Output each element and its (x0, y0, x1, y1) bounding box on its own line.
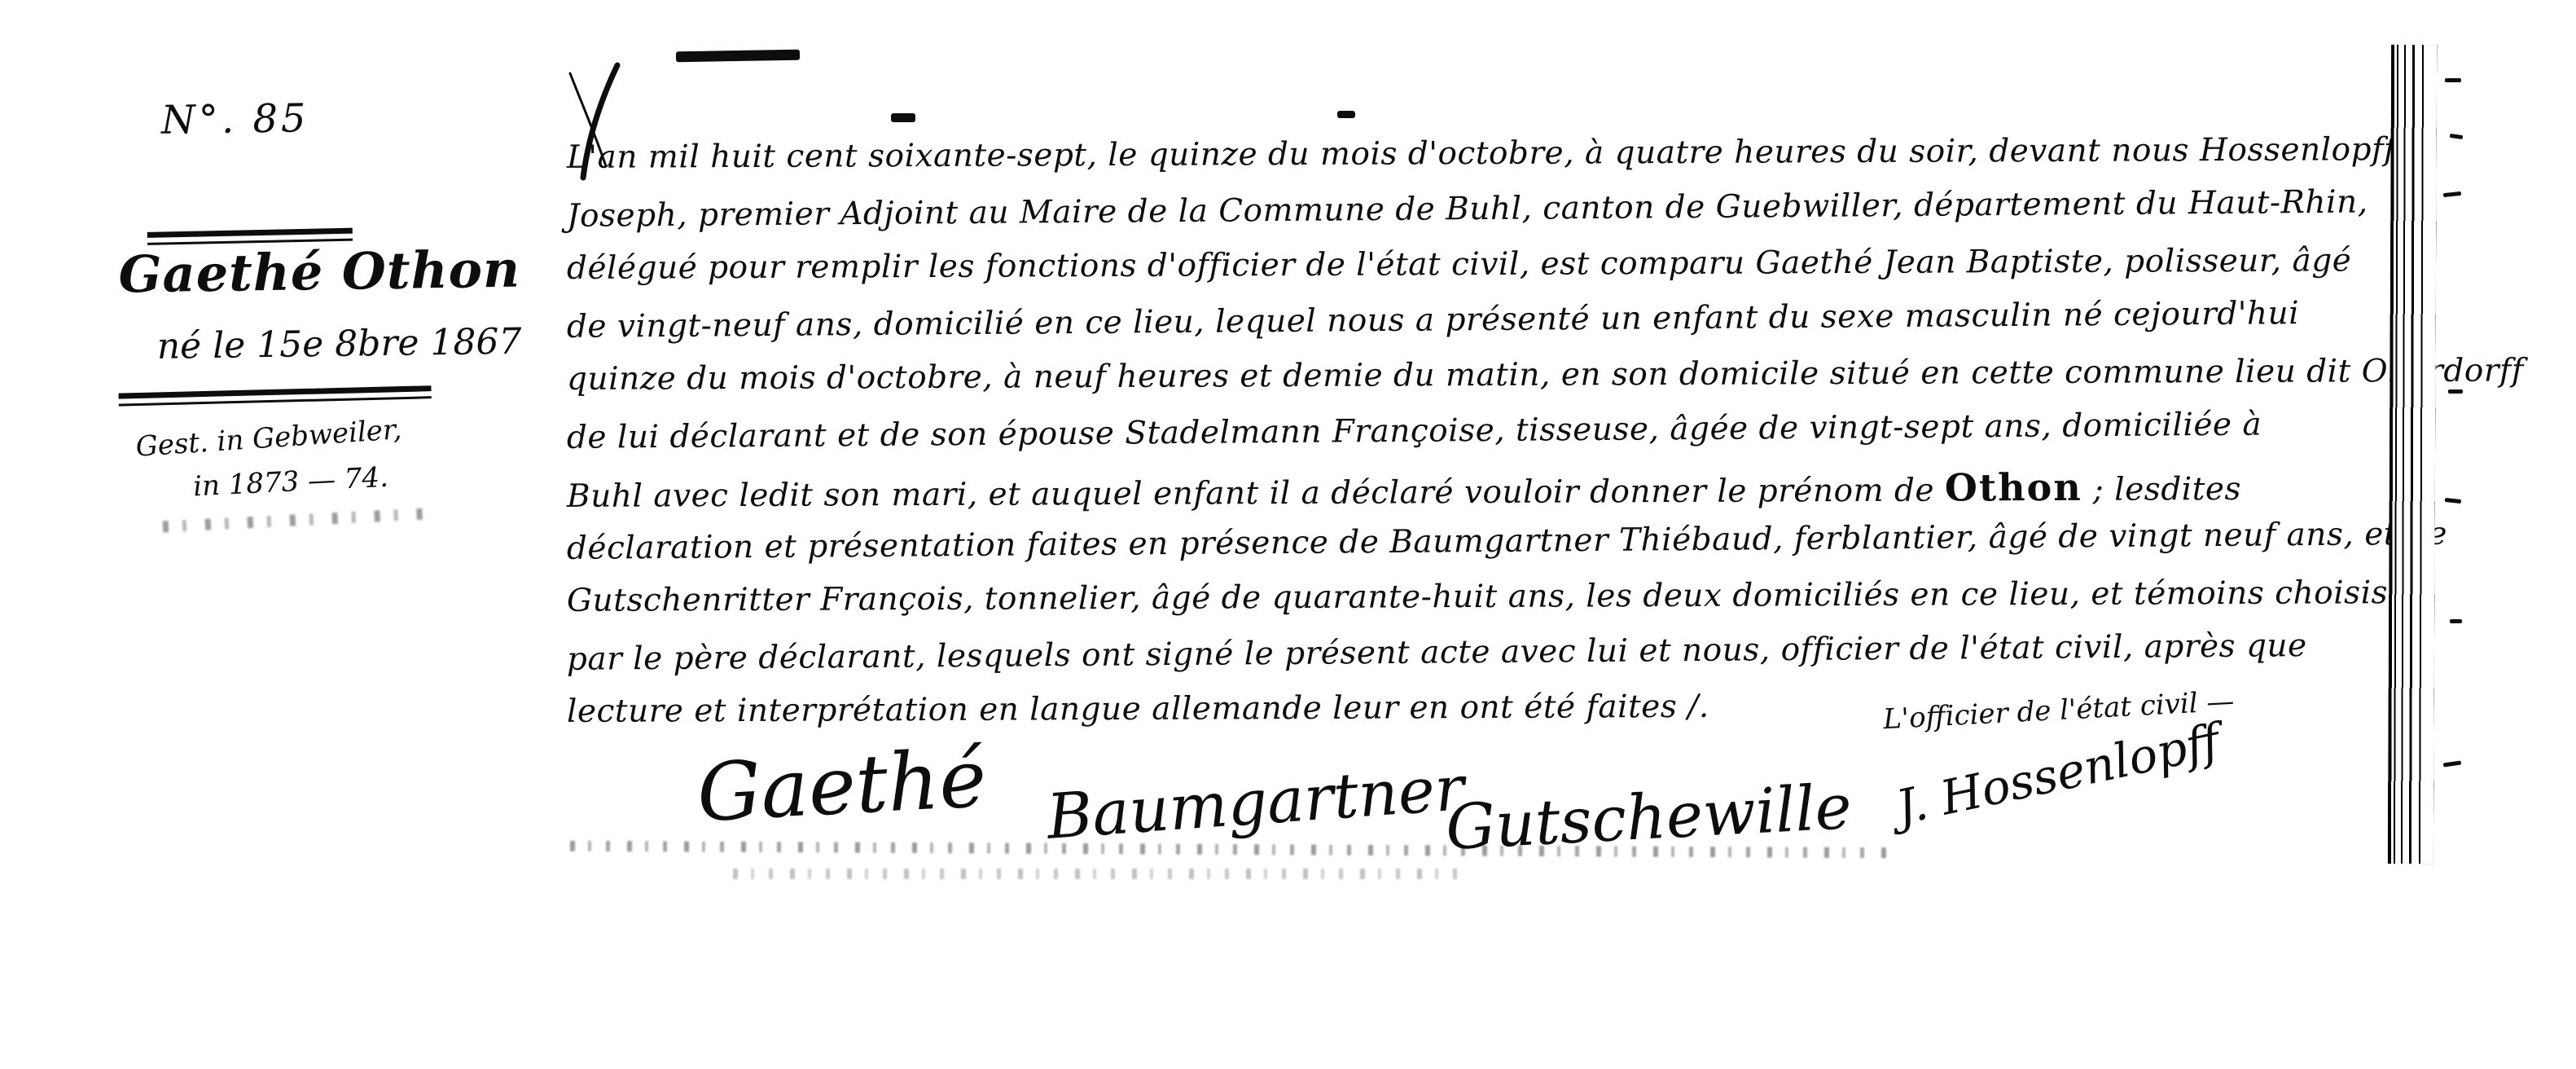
binding-edge-band (2388, 45, 2437, 864)
margin-annotation-faded-line (163, 508, 423, 533)
act-line-7-post: ; lesdites (2082, 471, 2241, 508)
scan-smudge (891, 113, 915, 122)
scan-smudge (676, 50, 800, 63)
scan-smudge (1337, 111, 1355, 118)
signature-gaethe: Gaethé (695, 732, 989, 840)
binding-tick-mark (2445, 78, 2461, 82)
binding-tick-mark (2443, 760, 2461, 767)
act-body-text: L'an mil huit cent soixante-sept, le qui… (567, 135, 2407, 745)
bleed-through-line (733, 869, 1466, 879)
act-number: N°. 85 (161, 95, 309, 143)
child-given-name: Othon (1945, 465, 2082, 510)
birth-date-note: né le 15e 8bre 1867 (156, 321, 521, 367)
signature-baumgartner: Baumgartner (1045, 751, 1467, 853)
act-line-7-pre: Buhl avec ledit son mari, et auquel enfa… (567, 473, 1945, 515)
margin-separator-rule-bottom (118, 385, 431, 406)
binding-tick-mark (2445, 498, 2461, 504)
margin-annotation-death-note: Gest. in Gebweiler, (134, 413, 402, 464)
binding-tick-mark (2448, 389, 2463, 394)
registered-name: Gaethé Othon (118, 240, 520, 305)
margin-annotation-year-note: in 1873 — 74. (192, 461, 388, 504)
registry-page: N°. 85 Gaethé Othon né le 15e 8bre 1867 … (0, 0, 2576, 1069)
margin-column: N°. 85 Gaethé Othon né le 15e 8bre 1867 … (0, 0, 545, 1069)
binding-tick-mark (2450, 619, 2462, 623)
binding-tick-mark (2450, 134, 2464, 139)
binding-tick-mark (2443, 191, 2461, 197)
